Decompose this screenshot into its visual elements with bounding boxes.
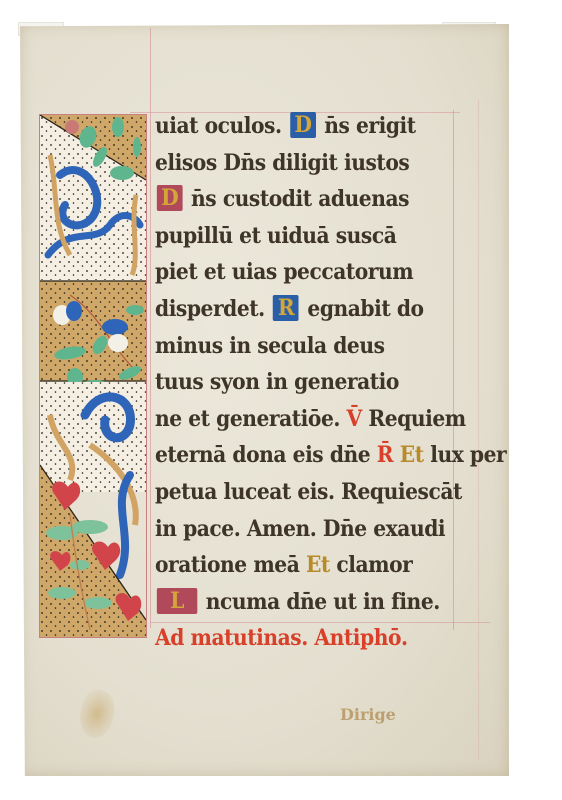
- versicle-mark: V̄: [347, 406, 362, 432]
- text-line-4: pupillū et uiduā suscā: [155, 218, 436, 255]
- initial-capital-r: R: [273, 295, 299, 321]
- text-line-7: minus in secula deus: [155, 328, 436, 365]
- text-column: uiat oculos. D n̄s erigit elisos Dn̄s di…: [155, 108, 460, 657]
- text-line-11: petua luceat eis. Requiescāt: [155, 474, 436, 511]
- text-span: ne et generatiōe.: [155, 406, 340, 432]
- ruling-line-left: [150, 28, 151, 628]
- text-span: disperdet.: [155, 296, 265, 322]
- text-line-12: in pace. Amen. Dn̄e exaudi: [155, 511, 436, 548]
- text-span: lux per: [430, 442, 506, 468]
- text-span: n̄s erigit: [324, 113, 415, 139]
- initial-capital-d: D: [290, 112, 316, 138]
- text-span: clamor: [336, 552, 412, 578]
- text-span: in pace. Amen. Dn̄e exaudi: [155, 516, 445, 542]
- text-line-1: uiat oculos. D n̄s erigit: [155, 108, 436, 145]
- text-span: uiat oculos.: [155, 113, 282, 139]
- border-decoration-icon: [40, 115, 146, 637]
- gold-touched-et: Et: [400, 442, 424, 468]
- text-line-13: oratione meā Et clamor: [155, 547, 436, 584]
- text-span: tuus syon in generatio: [155, 369, 399, 395]
- gold-touched-et: Et: [306, 552, 330, 578]
- text-span: petua luceat eis. Requiescāt: [155, 479, 462, 505]
- response-mark: R̄: [377, 442, 393, 468]
- initial-capital-l: L: [157, 588, 197, 614]
- text-span: Requiem: [368, 406, 465, 432]
- text-line-9: ne et generatiōe. V̄ Requiem: [155, 401, 436, 438]
- text-span: ncuma dn̄e ut in fine.: [206, 589, 440, 615]
- text-span: egnabit do: [307, 296, 423, 322]
- text-span: elisos Dn̄s diligit iustos: [155, 150, 409, 176]
- text-line-5: piet et uias peccatorum: [155, 254, 436, 291]
- text-span: piet et uias peccatorum: [155, 259, 413, 285]
- text-line-10: eternā dona eis dn̄e R̄ Et lux per: [155, 437, 436, 474]
- catchword: Dirige: [340, 705, 396, 724]
- initial-capital-d-rose: D: [157, 185, 183, 211]
- text-span: eternā dona eis dn̄e: [155, 442, 370, 468]
- text-span: pupillū et uiduā suscā: [155, 223, 396, 249]
- text-span: oratione meā: [155, 552, 299, 578]
- text-span: minus in secula deus: [155, 333, 385, 359]
- rubric-line: Ad matutinas. Antiphō.: [155, 620, 436, 657]
- text-span: n̄s custodit aduenas: [191, 186, 409, 212]
- ruling-line-outer: [478, 100, 479, 760]
- text-line-6: disperdet. R egnabit do: [155, 291, 436, 328]
- text-line-8: tuus syon in generatio: [155, 364, 436, 401]
- text-line-3: D n̄s custodit aduenas: [155, 181, 436, 218]
- illuminated-border: [39, 114, 147, 638]
- text-line-2: elisos Dn̄s diligit iustos: [155, 145, 436, 182]
- text-line-14: L ncuma dn̄e ut in fine.: [155, 584, 436, 621]
